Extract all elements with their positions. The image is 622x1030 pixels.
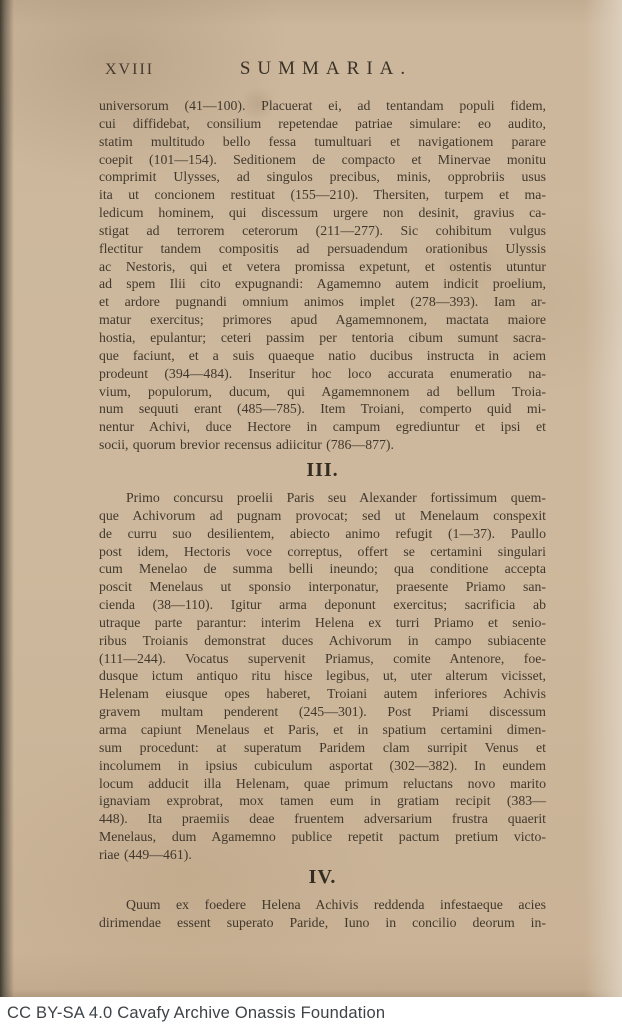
text-line: (111—244). Vocatus supervenit Priamus, c…: [99, 650, 546, 668]
text-line: ita ut concionem restituat (155—210). Th…: [99, 186, 546, 204]
text-line: nentur Achivi, duce Hectore in campum eg…: [99, 418, 546, 436]
text-line: post idem, Hectoris voce correptus, offe…: [99, 543, 546, 561]
text-line: utraque parte parantur: interim Helena e…: [99, 614, 546, 632]
text-line: arma capiunt Menelaus et Paris, et in sp…: [99, 721, 546, 739]
text-line: cum Menelao de summa belli ineundo; qua …: [99, 560, 546, 578]
text-line: num sequuti erant (485—785). Item Troian…: [99, 400, 546, 418]
text-line: locum adducit illa Helenam, quae primum …: [99, 775, 546, 793]
scanned-book-page-photo: XVIII SUMMARIA. universorum (41—100). Pl…: [0, 0, 622, 1030]
text-line: sum procedunt: at superatum Paridem clam…: [99, 739, 546, 757]
text-line: dusque ictum antiquo ritu hisce legibus,…: [99, 667, 546, 685]
text-line: flectitur tandem compositis ad persuaden…: [99, 240, 546, 258]
text-line: de curru suo desilientem, abiecto animo …: [99, 525, 546, 543]
section-heading-4: IV.: [99, 866, 546, 889]
text-line: dirimendae essent superato Paride, Iuno …: [99, 914, 546, 932]
text-line: Menelaus, dum Agamemno publice repetit p…: [99, 828, 546, 846]
running-head: XVIII SUMMARIA.: [99, 58, 546, 82]
text-line: ledicum hominem, qui discessum urgere no…: [99, 204, 546, 222]
paragraph-section-4: Quum ex foedere Helena Achivis reddenda …: [99, 896, 546, 932]
text-line: prodeunt (394—484). Inseritur hoc loco a…: [99, 365, 546, 383]
text-line: incolumem in ipsius cubiculum asportat (…: [99, 757, 546, 775]
text-line: vium, populorum, ducum, qui Agamemnonem …: [99, 383, 546, 401]
text-line: que faciunt, et a suis quaeque natio duc…: [99, 347, 546, 365]
text-line: que Achivorum ad pugnam provocat; sed ut…: [99, 507, 546, 525]
text-line: ribus Troianis demonstrat duces Achivoru…: [99, 632, 546, 650]
text-line: statim multitudo bello fessa tumultuari …: [99, 133, 546, 151]
text-line: hostia, epulantur; ceteri passim per ten…: [99, 329, 546, 347]
text-line: cui diffidebat, consilium repetendae pat…: [99, 115, 546, 133]
page-title: SUMMARIA.: [99, 58, 546, 80]
text-line: poscit Menelaus ut sponsio interponatur,…: [99, 578, 546, 596]
text-line: Primo concursu proelii Paris seu Alexand…: [99, 489, 546, 507]
text-line: cienda (38—110). Igitur arma deponunt ex…: [99, 596, 546, 614]
text-line: riae (449—461).: [99, 846, 546, 864]
text-line: Helenam eiusque opes haberet, Troiani au…: [99, 685, 546, 703]
text-line: matur exercitus; primores apud Agamemnon…: [99, 311, 546, 329]
license-credit-text: CC BY-SA 4.0 Cavafy Archive Onassis Foun…: [7, 997, 385, 1029]
license-credit-bar: CC BY-SA 4.0 Cavafy Archive Onassis Foun…: [0, 997, 622, 1030]
text-line: gravem multam penderent (245—301). Post …: [99, 703, 546, 721]
paragraph-continuation: universorum (41—100). Placuerat ei, ad t…: [99, 97, 546, 454]
text-line: 448). Ita praemiis deae fruentem adversa…: [99, 810, 546, 828]
paragraph-section-3: Primo concursu proelii Paris seu Alexand…: [99, 489, 546, 864]
text-line: ignaviam exprobrat, mox tamen eum in gra…: [99, 792, 546, 810]
text-line: universorum (41—100). Placuerat ei, ad t…: [99, 97, 546, 115]
section-heading-3: III.: [99, 459, 546, 482]
text-line: socii, quorum brevior recensus adiicitur…: [99, 436, 546, 454]
text-line: coepit (101—154). Seditionem de compacto…: [99, 151, 546, 169]
text-line: comprimit Ulysses, ad singulos precibus,…: [99, 168, 546, 186]
text-line: stigat ad terrorem ceterorum (211—277). …: [99, 222, 546, 240]
text-line: Quum ex foedere Helena Achivis reddenda …: [99, 896, 546, 914]
text-line: ad spem Ilii cito expugnandi: Agamemno a…: [99, 275, 546, 293]
text-line: ac Nestoris, qui et vetera promissa expe…: [99, 258, 546, 276]
text-line: et ardore pugnandi omnium animos implet …: [99, 293, 546, 311]
